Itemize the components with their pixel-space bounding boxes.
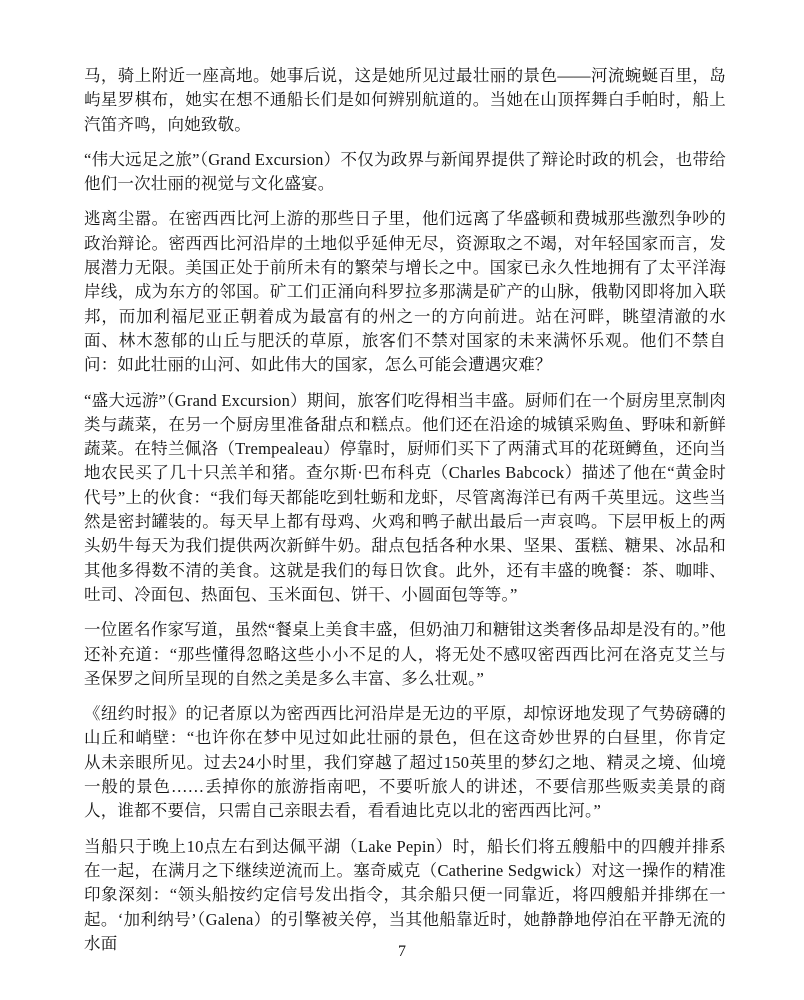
page-number: 7 xyxy=(0,942,804,962)
paragraph: 一位匿名作家写道，虽然“餐桌上美食丰盛，但奶油刀和糖钳这类奢侈品却是没有的。”他… xyxy=(84,618,726,691)
paragraph: “伟大远足之旅”（Grand Excursion）不仅为政界与新闻界提供了辩论时… xyxy=(84,148,726,197)
document-page: 马，骑上附近一座高地。她事后说，这是她所见过最壮丽的景色——河流蜿蜒百里，岛屿星… xyxy=(0,0,804,1000)
paragraph: 当船只于晚上10点左右到达佩平湖（Lake Pepin）时，船长们将五艘船中的四… xyxy=(84,835,726,956)
page-body: 马，骑上附近一座高地。她事后说，这是她所见过最壮丽的景色——河流蜿蜒百里，岛屿星… xyxy=(84,64,726,967)
paragraph: 逃离尘嚣。在密西西比河上游的那些日子里，他们远离了华盛顿和费城那些激烈争吵的政治… xyxy=(84,207,726,377)
paragraph: 《纽约时报》的记者原以为密西西比河沿岸是无边的平原，却惊讶地发现了气势磅礴的山丘… xyxy=(84,702,726,823)
paragraph: “盛大远游”（Grand Excursion）期间，旅客们吃得相当丰盛。厨师们在… xyxy=(84,389,726,608)
paragraph: 马，骑上附近一座高地。她事后说，这是她所见过最壮丽的景色——河流蜿蜒百里，岛屿星… xyxy=(84,64,726,137)
